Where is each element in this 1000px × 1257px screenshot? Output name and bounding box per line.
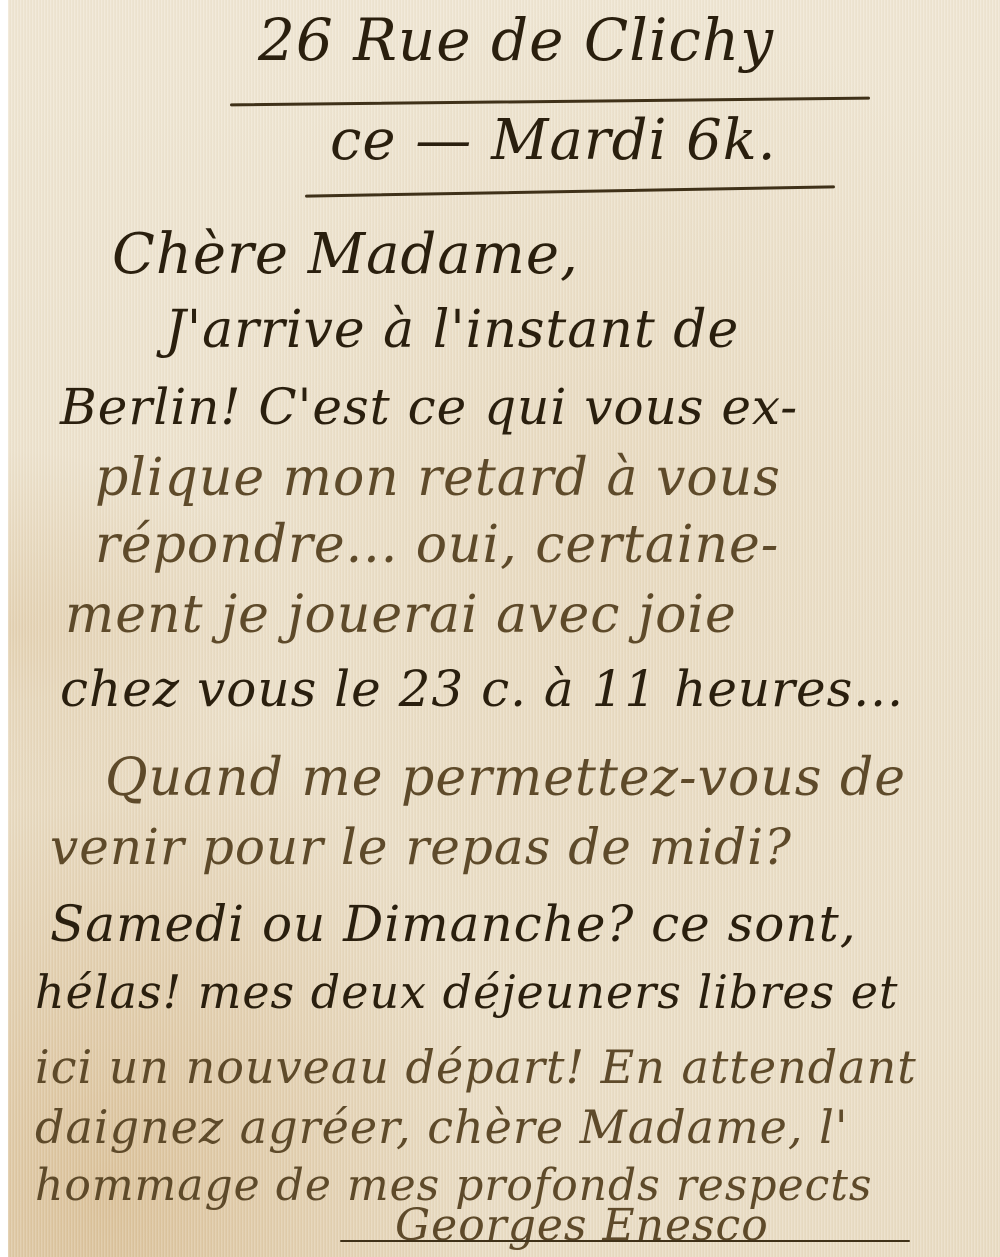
signature-underline <box>340 1240 910 1242</box>
signature: Georges Enesco <box>395 1200 769 1251</box>
body-line: venir pour le repas de midi? <box>50 818 792 876</box>
body-line: daignez agréer, chère Madame, l' <box>35 1100 849 1154</box>
body-line: hélas! mes deux déjeuners libres et <box>35 965 899 1019</box>
body-line: ici un nouveau départ! En attendant <box>35 1040 917 1094</box>
salutation: Chère Madame, <box>112 222 579 287</box>
body-line: chez vous le 23 c. à 11 heures... <box>60 660 904 718</box>
body-line: Berlin! C'est ce qui vous ex- <box>60 378 798 436</box>
body-line: répondre... oui, certaine- <box>95 515 779 575</box>
body-line: J'arrive à l'instant de <box>165 300 739 360</box>
body-line: Quand me permettez-vous de <box>105 748 906 808</box>
body-line: plique mon retard à vous <box>95 448 781 508</box>
header-address: 26 Rue de Clichy <box>258 6 774 74</box>
body-line: Samedi ou Dimanche? ce sont, <box>50 895 857 953</box>
perforated-edge <box>0 0 12 1257</box>
header-date: ce — Mardi 6k. <box>330 108 777 173</box>
body-line: ment je jouerai avec joie <box>65 585 737 645</box>
